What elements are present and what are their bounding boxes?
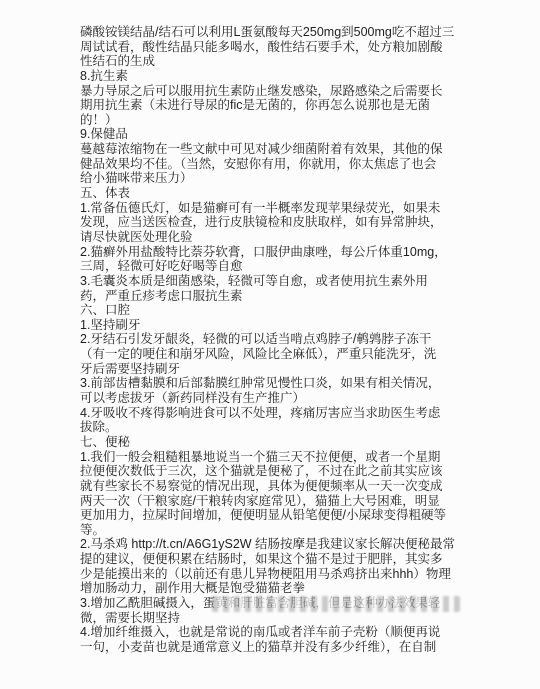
- text-line: 给小猫咪带来压力）: [80, 171, 480, 186]
- text-line: 就有些家长不易察觉的情况出现，具体为便便频率从一天一次变成: [80, 479, 480, 494]
- text-line: 等。: [80, 523, 480, 538]
- text-line: 1.坚持刷牙: [80, 318, 480, 333]
- text-line: 暴力导尿之后可以服用抗生素防止继发感染，尿路感染之后需要长: [80, 84, 480, 99]
- text-line: 增加肠动力，副作用大概是饱受猫猫老拳: [80, 581, 480, 596]
- text-line: 3.增加乙酰胆碱摄入，蛋黄和肝脏富含胆碱，但是这种办法效果轻: [80, 596, 480, 611]
- text-line: 性结石的生成: [80, 54, 480, 69]
- text-line: 三周，轻微可好吃好喝等自愈: [80, 259, 480, 274]
- text-line: 3.前部齿槽黏膜和后部黏膜红肿常见慢性口炎，如果有相关情况，: [80, 376, 480, 391]
- text-line: 健品效果均不佳。（当然，安慰你有用，你就用，你太焦虑了也会: [80, 157, 480, 172]
- text-line: 周试试看，酸性结晶只能多喝水，酸性结石要手术，处方粮加剧酸: [80, 40, 480, 55]
- text-line: 3.毛囊炎本质是细菌感染，轻微可等自愈，或者使用抗生素外用: [80, 274, 480, 289]
- text-block: 磷酸铵镁结晶/结石可以利用L蛋氨酸每天250mg到500mg吃不超过三周试试看，…: [80, 25, 480, 655]
- text-line: （有一定的哽住和崩牙风险，风险比全麻低），严重只能洗牙，洗: [80, 347, 480, 362]
- text-line: 期用抗生素（未进行导尿的fic是无菌的，你再怎么说那也是无菌: [80, 98, 480, 113]
- text-line: 4.牙吸收不疼得影响进食可以不处理，疼痛厉害应当求助医生考虑: [80, 406, 480, 421]
- text-line: 8.抗生素: [80, 69, 480, 84]
- text-line: 少是能摸出来的（以前还有患儿异物梗阻用马杀鸡挤出来hhh）物理: [80, 567, 480, 582]
- text-line: 的！）: [80, 113, 480, 128]
- text-line: 9.保健品: [80, 127, 480, 142]
- text-line: 4.增加纤维摄入，也就是常说的南瓜或者洋车前子壳粉（顺便再说: [80, 625, 480, 640]
- text-line: 牙后需要坚持刷牙: [80, 362, 480, 377]
- text-line: 请尽快就医处理化验: [80, 230, 480, 245]
- text-line: 更加用力，拉屎时间增加，便便明显从铅笔便便/小屎球变得粗硬等: [80, 508, 480, 523]
- text-line: 一句，小麦苗也就是通常意义上的猫草并没有多少纤维），在自制: [80, 640, 480, 655]
- text-line: 2.马杀鸡 http://t.cn/A6G1yS2W 结肠按摩是我建议家长解决便…: [80, 537, 480, 552]
- text-line: 拉便便次数低于三次，这个猫就是便秘了，不过在此之前其实应该: [80, 464, 480, 479]
- text-line: 七、便秘: [80, 435, 480, 450]
- text-line: 2.牙结石引发牙龈炎，轻微的可以适当啃点鸡脖子/鹌鹑脖子冻干: [80, 332, 480, 347]
- text-line: 六、口腔: [80, 303, 480, 318]
- text-line: 发现，应当送医检查，进行皮肤镜检和皮肤取样，如有异常肿块，: [80, 215, 480, 230]
- text-line: 微，需要长期坚持: [80, 611, 480, 626]
- text-line: 1.常备伍德氏灯，如是猫癣可有一半概率发现苹果绿荧光，如果未: [80, 201, 480, 216]
- text-line: 提的建议，便便积累在结肠时，如果这个猫不是过于肥胖，其实多: [80, 552, 480, 567]
- text-line: 蔓越莓浓缩物在一些文献中可见对减少细菌附着有效果，其他的保: [80, 142, 480, 157]
- text-line: 1.我们一般会粗糙粗暴地说当一个猫三天不拉便便，或者一个星期: [80, 450, 480, 465]
- text-line: 可以考虑拔牙（新药同样没有生产推广）: [80, 391, 480, 406]
- text-line: 磷酸铵镁结晶/结石可以利用L蛋氨酸每天250mg到500mg吃不超过三: [80, 25, 480, 40]
- text-line: 拔除。: [80, 420, 480, 435]
- text-line: 两天一次（干粮家庭/干粮转肉家庭常见），猫猫上大号困难，明显: [80, 494, 480, 509]
- text-line: 五、体表: [80, 186, 480, 201]
- text-line: 药，严重丘疹考虑口服抗生素: [80, 289, 480, 304]
- text-line: 2.猫癣外用盐酸特比萘芬软膏，口服伊曲康唑，每公斤体重10mg，: [80, 245, 480, 260]
- document-page: 磷酸铵镁结晶/结石可以利用L蛋氨酸每天250mg到500mg吃不超过三周试试看，…: [0, 0, 540, 689]
